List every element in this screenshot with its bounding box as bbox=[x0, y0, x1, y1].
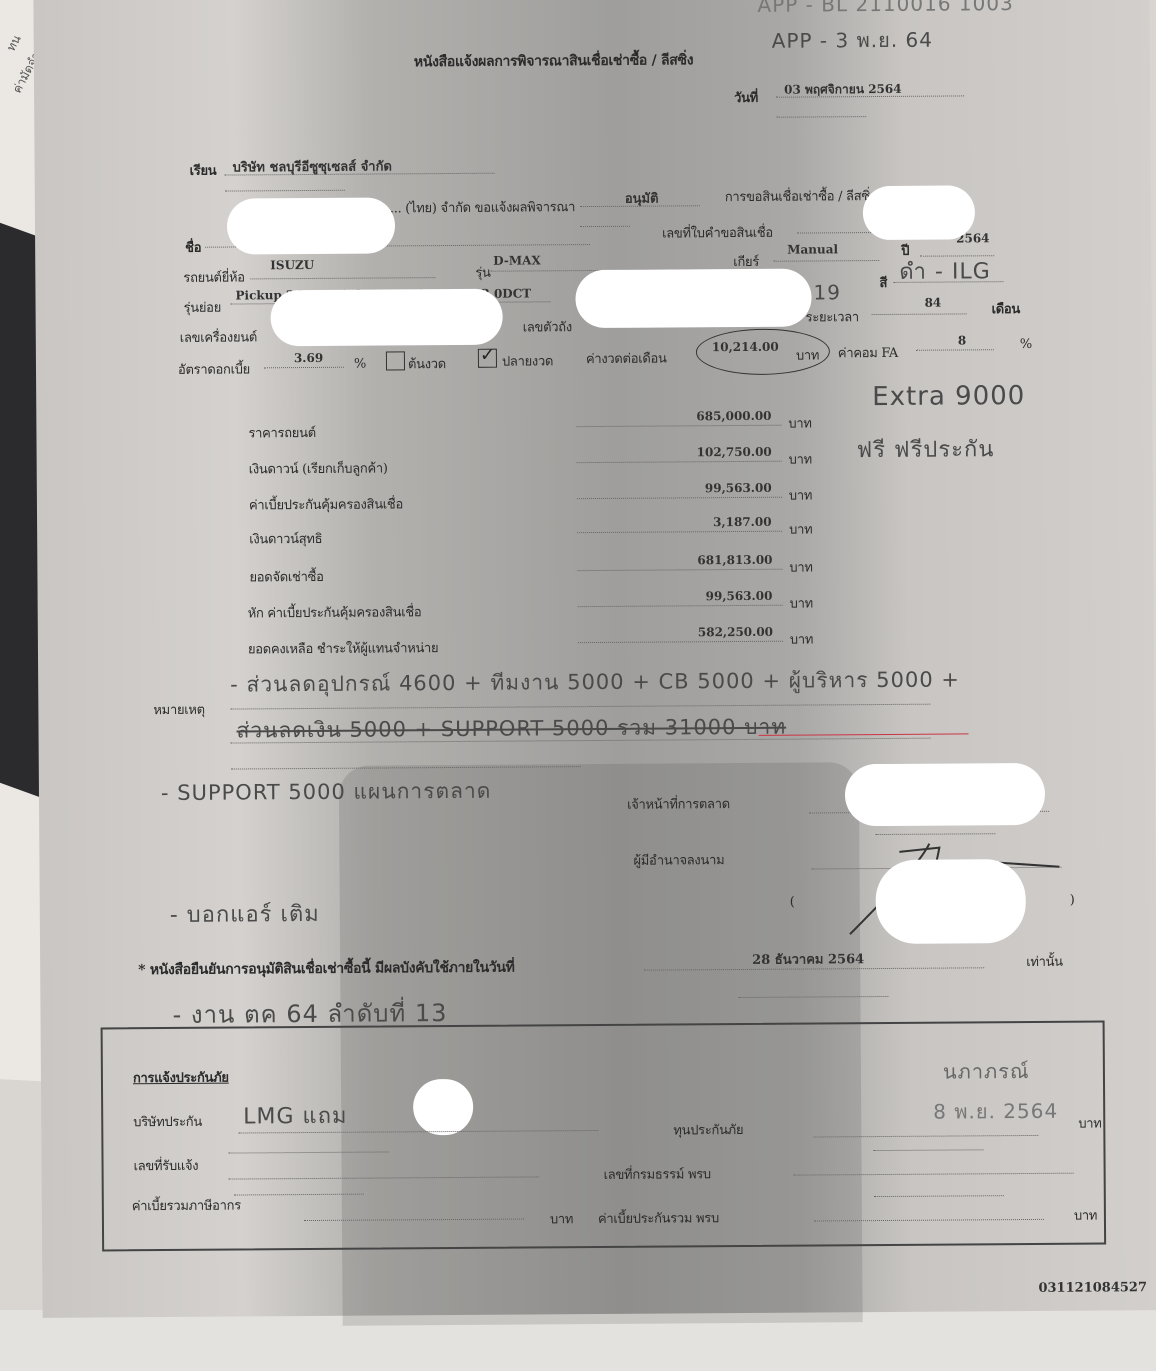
monthly-value: 10,214.00 bbox=[712, 340, 779, 354]
vehicle-model: D-MAX bbox=[493, 253, 541, 267]
amount-label: ค่าเบี้ยประกันคุ้มครองสินเชื่อ bbox=[249, 493, 403, 515]
redacted-insurance-company bbox=[413, 1079, 473, 1135]
insurance-heading: การแจ้งประกันภัย bbox=[133, 1067, 229, 1089]
application-no-label: เลขที่ใบคำขอสินเชื่อ bbox=[662, 222, 773, 244]
fa-pct: % bbox=[1020, 337, 1032, 352]
handwritten-free-insurance: ฟรี ฟรีประกัน bbox=[856, 431, 994, 467]
engine-no-label: เลขเครื่องยนต์ bbox=[180, 326, 257, 348]
amount-label: เงินดาวน์ (เรียกเก็บลูกค้า) bbox=[249, 457, 388, 479]
handwritten-ref-1: APP - BL 2110016 1003 bbox=[757, 0, 1013, 17]
insurance-company-handwritten: LMG แถม bbox=[243, 1098, 348, 1134]
signer-paren-open: ( bbox=[790, 895, 795, 910]
vehicle-brand: ISUZU bbox=[270, 258, 314, 272]
compulsory-premium-label: ค่าเบี้ยประกันรวม พรบ bbox=[598, 1207, 719, 1229]
red-underline bbox=[759, 733, 969, 735]
addressee-label: เรียน bbox=[190, 160, 217, 181]
vehicle-model-label: รุ่น bbox=[475, 262, 490, 283]
validity-date: 28 ธันวาคม 2564 bbox=[752, 948, 864, 970]
interest-label: อัตราดอกเบี้ย bbox=[178, 358, 250, 380]
amount-value: 582,250.00 bbox=[698, 625, 773, 640]
remark-line-4: - บอกแอร์ เติม bbox=[170, 896, 320, 932]
authorized-signer-label: ผู้มีอำนาจลงนาม bbox=[633, 849, 724, 871]
compulsory-premium-baht: บาท bbox=[1074, 1205, 1097, 1226]
amount-unit: บาท bbox=[788, 412, 811, 433]
validity-suffix: เท่านั้น bbox=[1026, 951, 1063, 972]
amount-value: 681,813.00 bbox=[697, 553, 772, 568]
remark-line-3: - SUPPORT 5000 แผนการตลาด bbox=[161, 775, 492, 810]
remarks-label: หมายเหตุ bbox=[153, 699, 205, 720]
signer-paren-close: ) bbox=[1070, 893, 1075, 908]
marketing-officer-label: เจ้าหน้าที่การตลาด bbox=[627, 793, 730, 815]
handwritten-extra: Extra 9000 bbox=[872, 381, 1025, 412]
redacted-chassis-no bbox=[575, 268, 811, 328]
remark-line-1: - ส่วนลดอุปกรณ์ 4600 + ทีมงาน 5000 + CB … bbox=[230, 663, 960, 701]
term-label: ระยะเวลา bbox=[806, 306, 859, 327]
premium-label: ค่าเบี้ยรวมภาษีอากร bbox=[132, 1194, 241, 1216]
redacted-engine-no bbox=[270, 289, 502, 347]
handwritten-ref-2: APP - 3 พ.ย. 64 bbox=[772, 24, 933, 57]
approval-letter-document: APP - BL 2110016 1003 APP - 3 พ.ย. 64 หน… bbox=[33, 0, 1156, 1318]
sum-insured-baht: บาท bbox=[1078, 1112, 1101, 1133]
redacted-officer-name bbox=[845, 763, 1045, 826]
color-label: สี bbox=[879, 272, 887, 293]
redacted-customer-ref bbox=[863, 185, 975, 240]
first-installment-label: ต้นงวด bbox=[408, 353, 446, 374]
handwritten-stamp-date: 8 พ.ย. 2564 bbox=[933, 1095, 1058, 1128]
fa-value: 8 bbox=[958, 333, 966, 347]
interest-pct: % bbox=[354, 357, 366, 372]
fa-label: ค่าคอม FA bbox=[838, 342, 898, 363]
chassis-no-label: เลขตัวถัง bbox=[523, 316, 572, 337]
vehicle-brand-label: รถยนต์ยี่ห้อ bbox=[183, 266, 245, 287]
amount-label: หัก ค่าเบี้ยประกันคุ้มครองสินเชื่อ bbox=[248, 601, 422, 623]
premium-baht: บาท bbox=[550, 1208, 573, 1229]
background-dark-object bbox=[0, 223, 40, 798]
amount-value: 99,563.00 bbox=[706, 589, 773, 603]
amount-label: เงินดาวน์สุทธิ bbox=[249, 528, 322, 550]
policy-no-label: เลขที่กรมธรรม์ พรบ bbox=[604, 1163, 711, 1185]
amount-label: ยอดจัดเช่าซื้อ bbox=[249, 566, 323, 588]
handwritten-staff-name: นภาภรณ์ bbox=[943, 1055, 1030, 1088]
submodel-label: รุ่นย่อย bbox=[183, 297, 221, 318]
interest-value: 3.69 bbox=[294, 351, 323, 365]
monthly-label: ค่างวดต่อเดือน bbox=[586, 348, 667, 370]
amount-label: ราคารถยนต์ bbox=[248, 422, 316, 443]
amount-unit: บาท bbox=[790, 628, 813, 649]
date-label: วันที่ bbox=[734, 87, 758, 108]
amount-value: 102,750.00 bbox=[697, 445, 772, 460]
amount-value: 685,000.00 bbox=[696, 409, 771, 424]
gear-value: Manual bbox=[787, 242, 838, 256]
last-installment-checkbox[interactable]: ✓ bbox=[478, 349, 497, 368]
amount-label: ยอดคงเหลือ ชำระให้ผู้แทนจำหน่าย bbox=[248, 637, 439, 659]
amount-unit: บาท bbox=[790, 592, 813, 613]
term-unit: เดือน bbox=[992, 298, 1021, 319]
amount-unit: บาท bbox=[789, 518, 812, 539]
customer-name-label: ชื่อ bbox=[185, 237, 201, 258]
amount-unit: บาท bbox=[789, 448, 812, 469]
sum-insured-label: ทุนประกันภัย bbox=[673, 1119, 743, 1140]
insurance-company-label: บริษัทประกัน bbox=[133, 1111, 202, 1132]
last-installment-label: ปลายงวด bbox=[502, 350, 553, 371]
validity-text: * หนังสือยืนยันการอนุมัติสินเชื่อเช่าซื้… bbox=[138, 957, 515, 982]
document-title: หนังสือแจ้งผลการพิจารณาสินเชื่อเช่าซื้อ … bbox=[414, 49, 694, 73]
handwritten-19: 19 bbox=[813, 280, 841, 304]
color-handwritten: ดำ - ILG bbox=[899, 253, 991, 289]
amount-value: 3,187.00 bbox=[713, 515, 772, 529]
amount-unit: บาท bbox=[789, 484, 812, 505]
monthly-baht: บาท bbox=[796, 344, 819, 365]
document-serial-number: 031121084527 bbox=[1038, 1280, 1147, 1296]
amount-value: 99,563.00 bbox=[705, 481, 772, 495]
redacted-company-name bbox=[227, 197, 395, 254]
amount-unit: บาท bbox=[789, 556, 812, 577]
checkmark-icon: ✓ bbox=[480, 345, 495, 366]
insurance-section: การแจ้งประกันภัย บริษัทประกัน LMG แถม ทุ… bbox=[101, 1020, 1107, 1251]
term-value: 84 bbox=[925, 296, 942, 310]
redacted-signer-name bbox=[875, 859, 1026, 944]
notice-no-label: เลขที่รับแจ้ง bbox=[133, 1155, 198, 1176]
first-installment-checkbox[interactable] bbox=[386, 351, 405, 370]
